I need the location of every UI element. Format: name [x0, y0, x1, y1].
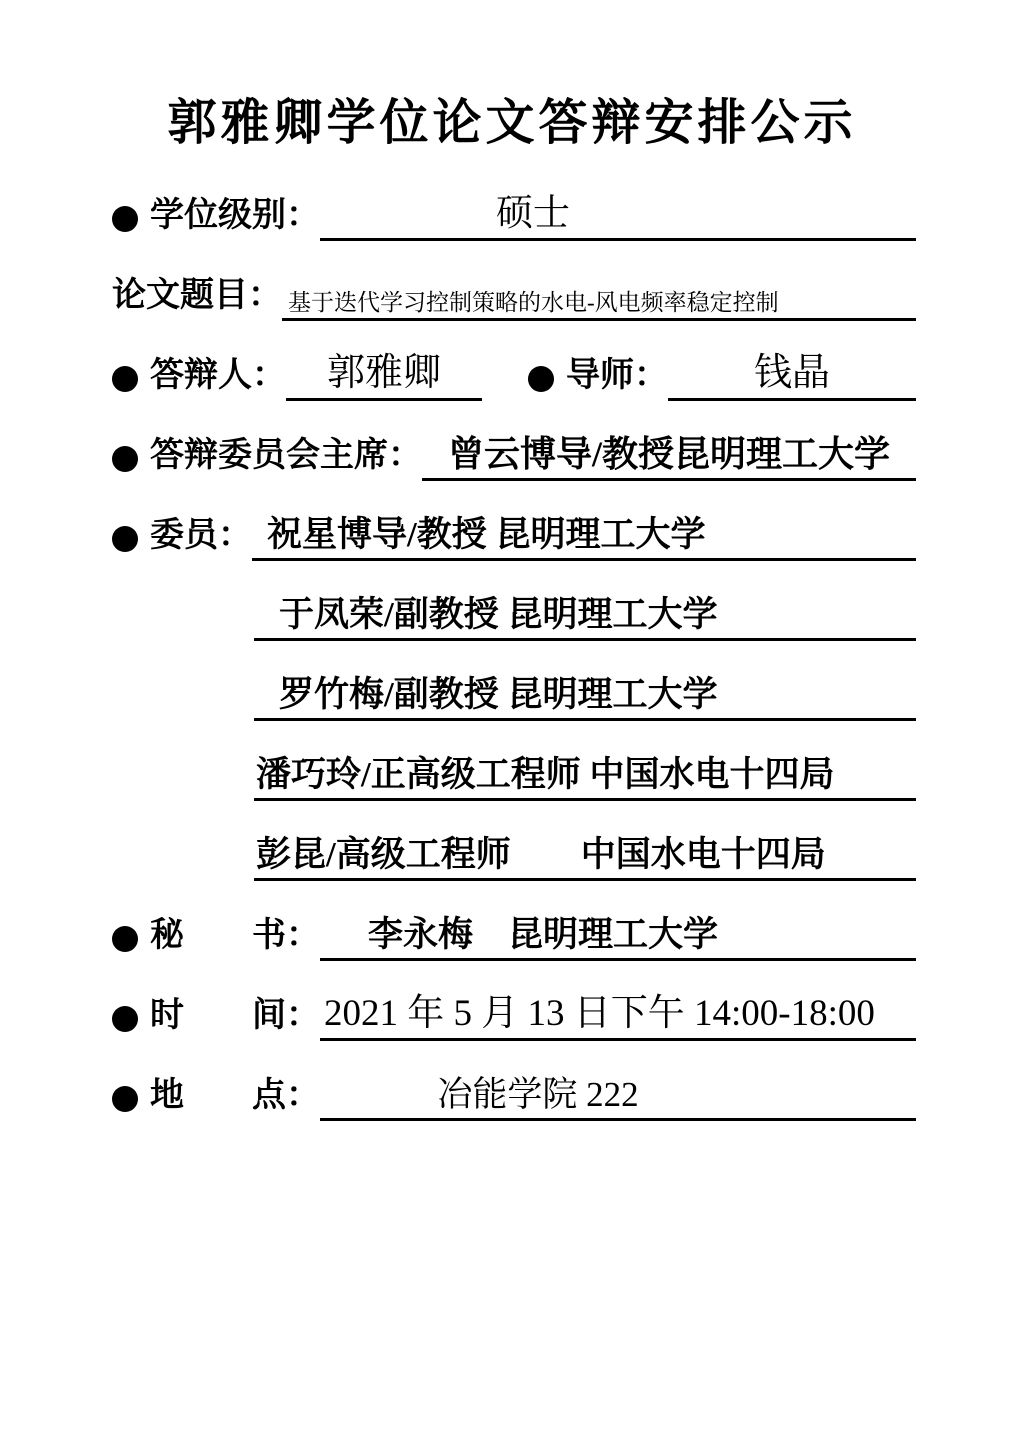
committee-row: 彭昆/高级工程师 中国水电十四局 — [254, 801, 916, 881]
secretary-row: 秘 书： 李永梅 昆明理工大学 — [112, 881, 916, 961]
time-label: 时 间： — [150, 999, 320, 1041]
secretary-value: 李永梅 昆明理工大学 — [368, 917, 718, 958]
degree-field: 硕士 — [320, 195, 916, 241]
time-value: 2021 年 5 月 13 日下午 14:00-18:00 — [324, 995, 875, 1038]
degree-value: 硕士 — [496, 195, 570, 238]
thesis-title-field: 基于迭代学习控制策略的水电-风电频率稳定控制 — [282, 291, 916, 321]
chair-field: 曾云博导/教授昆明理工大学 — [422, 436, 916, 481]
committee-member-field: 彭昆/高级工程师 中国水电十四局 — [254, 837, 916, 881]
defender-label: 答辩人： — [150, 359, 286, 401]
degree-label: 学位级别： — [150, 199, 320, 241]
committee-row: 潘巧玲/正高级工程师 中国水电十四局 — [254, 721, 916, 801]
chair-row: 答辩委员会主席： 曾云博导/教授昆明理工大学 — [112, 401, 916, 481]
bullet-icon — [112, 926, 138, 952]
supervisor-value: 钱晶 — [754, 354, 830, 398]
committee-member-value: 祝星博导/教授 昆明理工大学 — [267, 517, 705, 558]
bullet-icon — [112, 1006, 138, 1032]
location-row: 地 点： 冶能学院 222 — [112, 1041, 916, 1121]
location-value: 冶能学院 222 — [437, 1077, 638, 1118]
time-row: 时 间： 2021 年 5 月 13 日下午 14:00-18:00 — [112, 961, 916, 1041]
secretary-field: 李永梅 昆明理工大学 — [320, 917, 916, 961]
committee-label: 委员： — [150, 519, 252, 561]
bullet-icon — [112, 206, 138, 232]
thesis-title-row: 论文题目： 基于迭代学习控制策略的水电-风电频率稳定控制 — [112, 241, 916, 321]
committee-member-value: 彭昆/高级工程师 中国水电十四局 — [256, 837, 826, 878]
committee-member-field: 潘巧玲/正高级工程师 中国水电十四局 — [254, 757, 916, 801]
secretary-label: 秘 书： — [150, 919, 320, 961]
bullet-icon — [112, 446, 138, 472]
committee-member-value: 罗竹梅/副教授 昆明理工大学 — [279, 677, 717, 718]
thesis-title-value: 基于迭代学习控制策略的水电-风电频率稳定控制 — [288, 291, 779, 318]
bullet-icon — [528, 366, 554, 392]
committee-member-value: 潘巧玲/正高级工程师 中国水电十四局 — [256, 757, 834, 798]
bullet-icon — [112, 1086, 138, 1112]
bullet-icon — [112, 366, 138, 392]
bullet-icon — [112, 526, 138, 552]
committee-member-value: 于凤荣/副教授 昆明理工大学 — [279, 597, 717, 638]
degree-row: 学位级别： 硕士 — [112, 161, 916, 241]
committee-row: 委员： 祝星博导/教授 昆明理工大学 — [112, 481, 916, 561]
committee-member-field: 祝星博导/教授 昆明理工大学 — [252, 517, 916, 561]
supervisor-field: 钱晶 — [668, 354, 916, 401]
thesis-title-label: 论文题目： — [112, 279, 282, 321]
committee-member-field: 罗竹梅/副教授 昆明理工大学 — [254, 677, 916, 721]
committee-member-field: 于凤荣/副教授 昆明理工大学 — [254, 597, 916, 641]
chair-value: 曾云博导/教授昆明理工大学 — [448, 436, 890, 478]
page-title: 郭雅卿学位论文答辩安排公示 — [0, 0, 1024, 154]
defender-value: 郭雅卿 — [327, 354, 441, 398]
committee-row: 于凤荣/副教授 昆明理工大学 — [254, 561, 916, 641]
location-label: 地 点： — [150, 1079, 320, 1121]
location-field: 冶能学院 222 — [320, 1077, 916, 1121]
time-field: 2021 年 5 月 13 日下午 14:00-18:00 — [320, 995, 916, 1041]
supervisor-label: 导师： — [566, 359, 668, 401]
committee-row: 罗竹梅/副教授 昆明理工大学 — [254, 641, 916, 721]
defense-announcement-page: 郭雅卿学位论文答辩安排公示 学位级别： 硕士 论文题目： 基于迭代学习控制策略的… — [0, 0, 1024, 1448]
chair-label: 答辩委员会主席： — [150, 439, 422, 481]
defender-supervisor-row: 答辩人： 郭雅卿 导师： 钱晶 — [112, 321, 916, 401]
defender-field: 郭雅卿 — [286, 354, 482, 401]
announcement-body: 学位级别： 硕士 论文题目： 基于迭代学习控制策略的水电-风电频率稳定控制 答辩… — [112, 161, 916, 1121]
